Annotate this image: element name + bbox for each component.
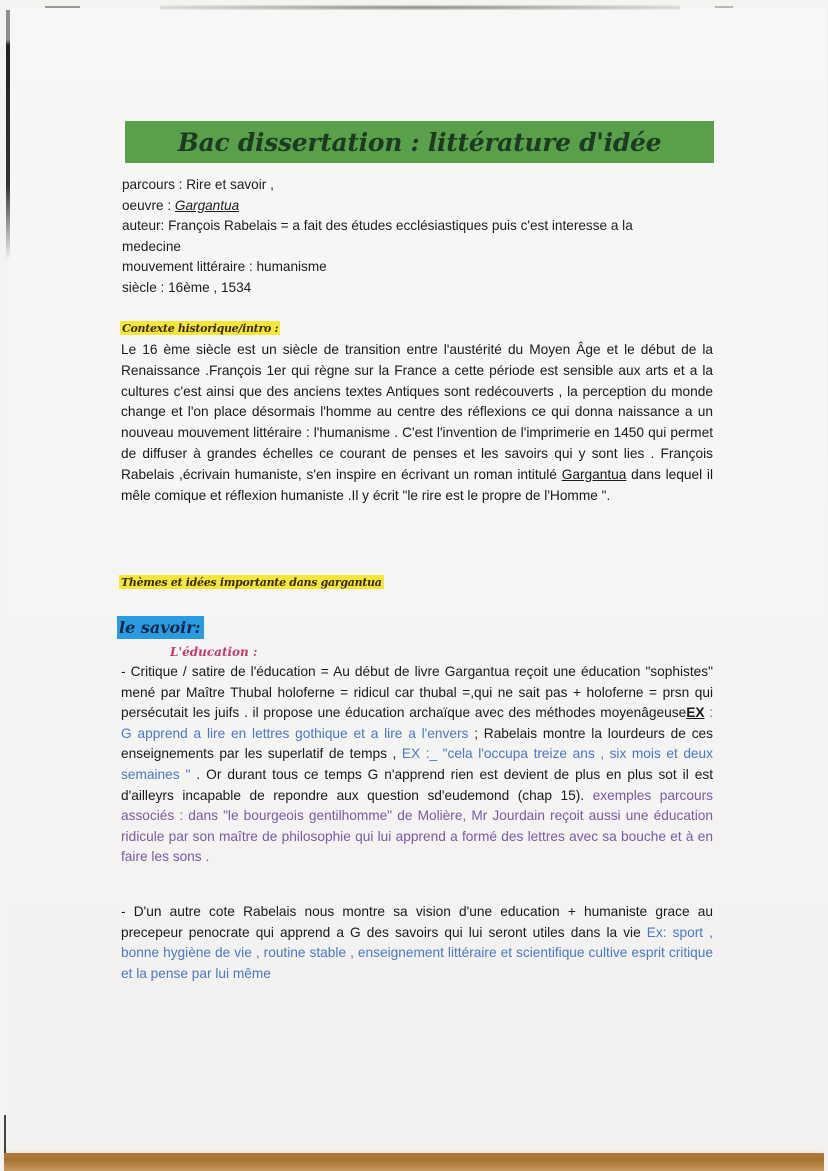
meta-oeuvre-value: Gargantua	[175, 198, 239, 213]
critique-text: - Critique / satire de l'éducation = Au …	[121, 664, 713, 720]
page-edge-mark	[715, 6, 733, 8]
page-edge-mark	[45, 6, 80, 8]
meta-mouvement: mouvement littéraire : humanisme	[122, 257, 722, 278]
meta-parcours: parcours : Rire et savoir ,	[122, 175, 722, 196]
meta-oeuvre-label: oeuvre :	[122, 198, 175, 213]
education-humanist-paragraph: - D'un autre cote Rabelais nous montre s…	[121, 902, 713, 984]
contexte-paragraph: Le 16 ème siècle est un siècle de transi…	[121, 340, 713, 506]
meta-siecle: siècle : 16ème , 1534	[122, 278, 722, 299]
humanist-text: - D'un autre cote Rabelais nous montre s…	[121, 904, 713, 940]
contexte-work-title: Gargantua	[562, 467, 627, 482]
themes-heading-text: Thèmes et idées importante dans gargantu…	[119, 575, 384, 589]
meta-auteur-cont: medecine	[122, 237, 722, 258]
section-heading-savoir: le savoir:	[117, 616, 204, 639]
section-heading-contexte: Contexte historique/intro :	[120, 319, 280, 337]
meta-oeuvre: oeuvre : Gargantua	[122, 196, 722, 217]
example-label: EX	[686, 705, 704, 720]
page-left-edge	[6, 10, 10, 260]
contexte-heading-text: Contexte historique/intro :	[120, 321, 280, 335]
document-title-banner: Bac dissertation : littérature d'idée	[125, 121, 714, 163]
work-metadata: parcours : Rire et savoir , oeuvre : Gar…	[122, 175, 722, 298]
section-heading-themes: Thèmes et idées importante dans gargantu…	[119, 573, 384, 591]
meta-auteur: auteur: François Rabelais = a fait des é…	[122, 216, 722, 237]
table-surface	[4, 1153, 824, 1171]
subsection-heading-education: L'éducation :	[170, 645, 257, 659]
contexte-text: Le 16 ème siècle est un siècle de transi…	[121, 342, 713, 482]
education-critique-paragraph: - Critique / satire de l'éducation = Au …	[121, 662, 713, 868]
document-title: Bac dissertation : littérature d'idée	[178, 128, 661, 157]
page-top-shadow	[160, 5, 680, 10]
